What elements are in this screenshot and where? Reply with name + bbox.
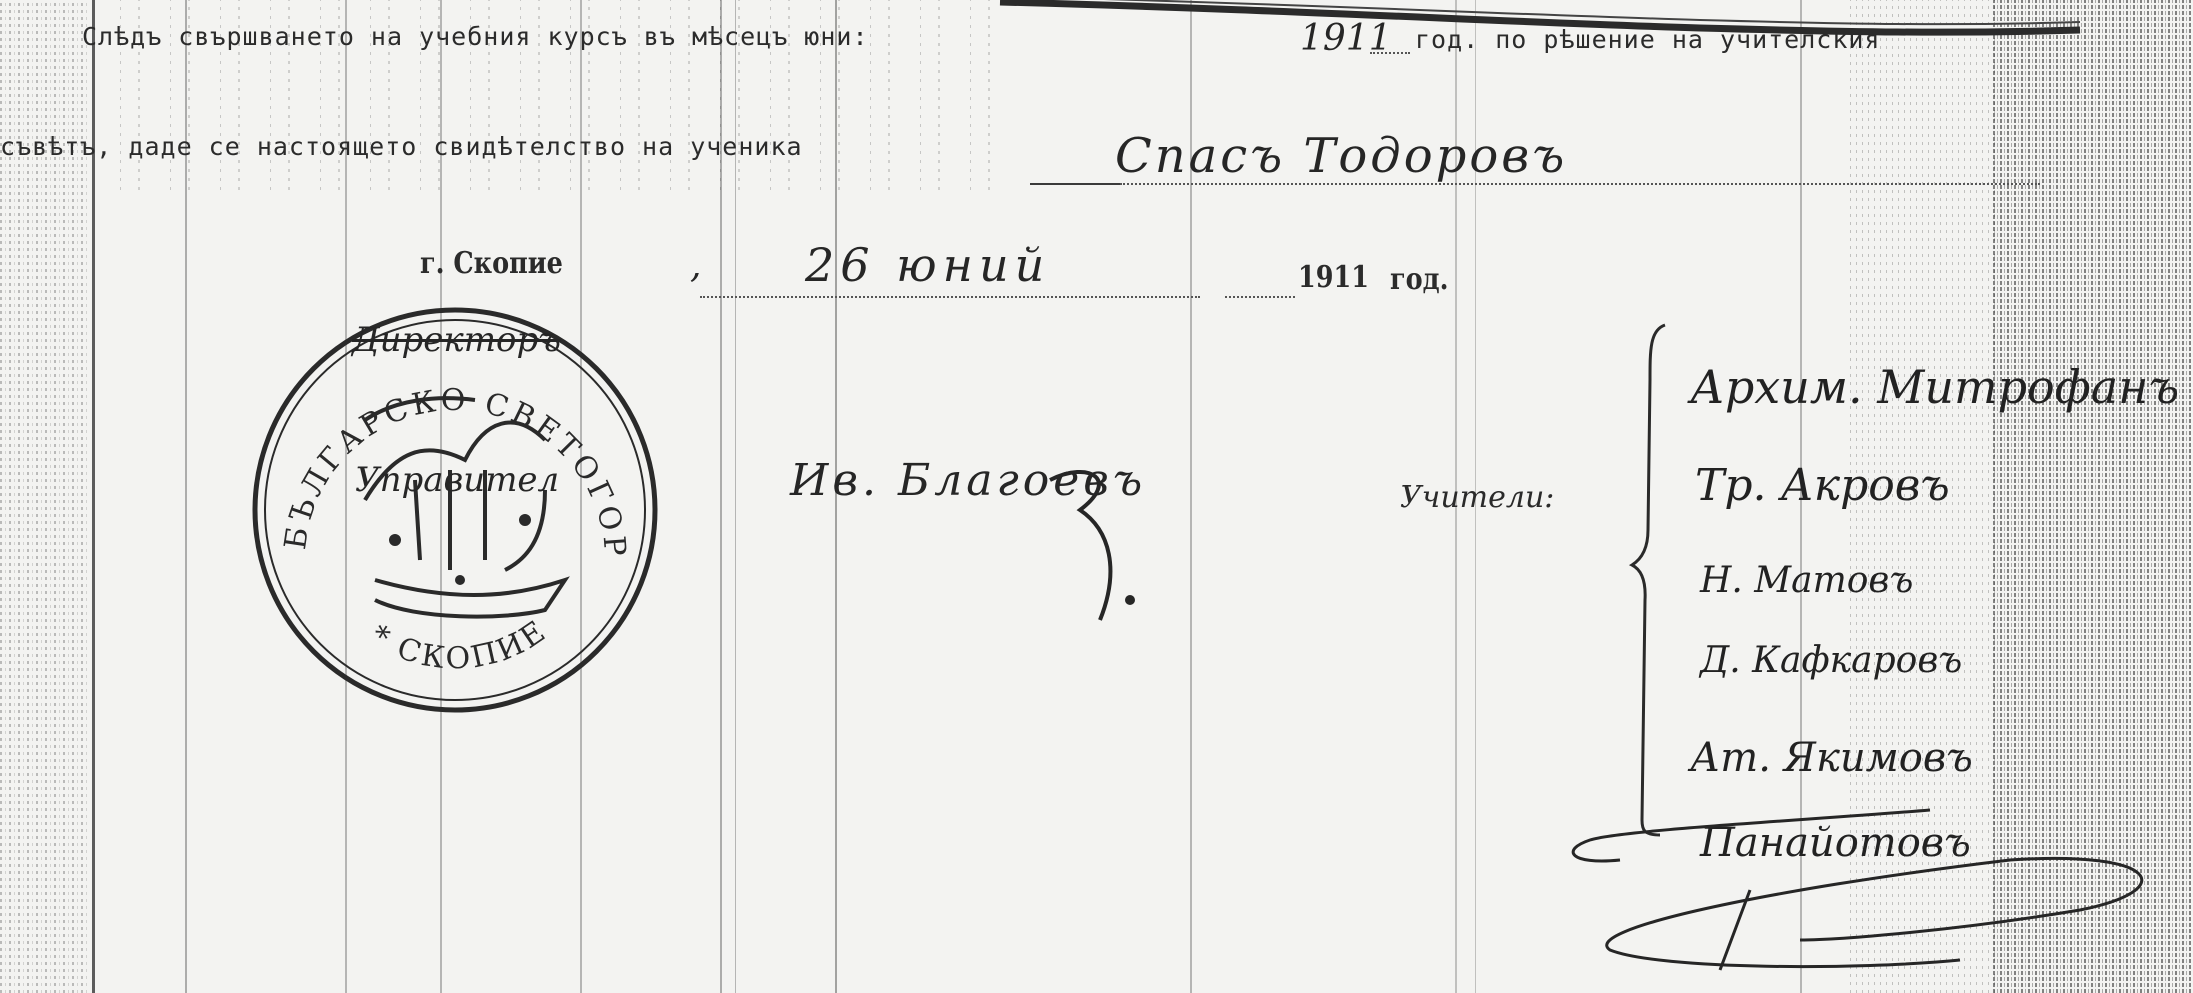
- svg-text:БЪЛГАРСКО СВЕТОГОРСКО УЧИЛИЩЕ: БЪЛГАРСКО СВЕТОГОРСКО УЧИЛИЩЕ: [226, 273, 633, 561]
- director-title: Управител: [355, 460, 559, 500]
- typed-line-1-prefix: Слѣдъ свършването на учебния курсъ въ мѣ…: [82, 22, 869, 51]
- director-signature-flourish: [1040, 470, 1160, 650]
- typed-line-1-suffix: год. по рѣшение на учителския: [1415, 25, 1881, 54]
- typed-line-2-prefix: съвѣтъ, даде се настоящето свидѣтелство …: [0, 132, 803, 161]
- teachers-label: Учители:: [1400, 480, 1554, 515]
- typed-year-suffix: год.: [1390, 262, 1449, 297]
- handwritten-student-name: Спасъ Тодоровъ: [1115, 128, 1567, 184]
- teacher-signature-3: Н. Матовъ: [1700, 560, 1913, 601]
- teacher-signature-1: Архим. Митрофанъ: [1690, 360, 2179, 414]
- stamp-arabic-calligraphy: [365, 398, 565, 616]
- teachers-brace: [1630, 320, 1670, 840]
- director-label: Директоръ: [352, 320, 561, 360]
- signature-flourish-loops: [1560, 790, 2193, 990]
- teacher-signature-2: Тр. Акровъ: [1695, 460, 1950, 511]
- handwritten-date: 26 юний: [805, 238, 1050, 292]
- comma: ,: [690, 245, 701, 286]
- fill-line: [1225, 296, 1295, 298]
- teacher-signature-4: Д. Кафкаровъ: [1700, 640, 1962, 681]
- school-stamp: БЪЛГАРСКО СВЕТОГОРСКО УЧИЛИЩЕ * СКОПИЕ *: [245, 300, 665, 720]
- fill-line: [1370, 52, 1410, 54]
- teacher-signature-5: Ат. Якимовъ: [1690, 735, 1973, 781]
- typed-year: 1911: [1298, 260, 1369, 295]
- stamp-outer-text: БЪЛГАРСКО СВЕТОГОРСКО УЧИЛИЩЕ: [226, 273, 633, 561]
- fill-line: [1030, 183, 1120, 185]
- typed-place: г. Скопие: [420, 246, 563, 281]
- fill-line: [700, 296, 1200, 298]
- certificate-page: Слѣдъ свършването на учебния курсъ въ мѣ…: [0, 0, 2193, 993]
